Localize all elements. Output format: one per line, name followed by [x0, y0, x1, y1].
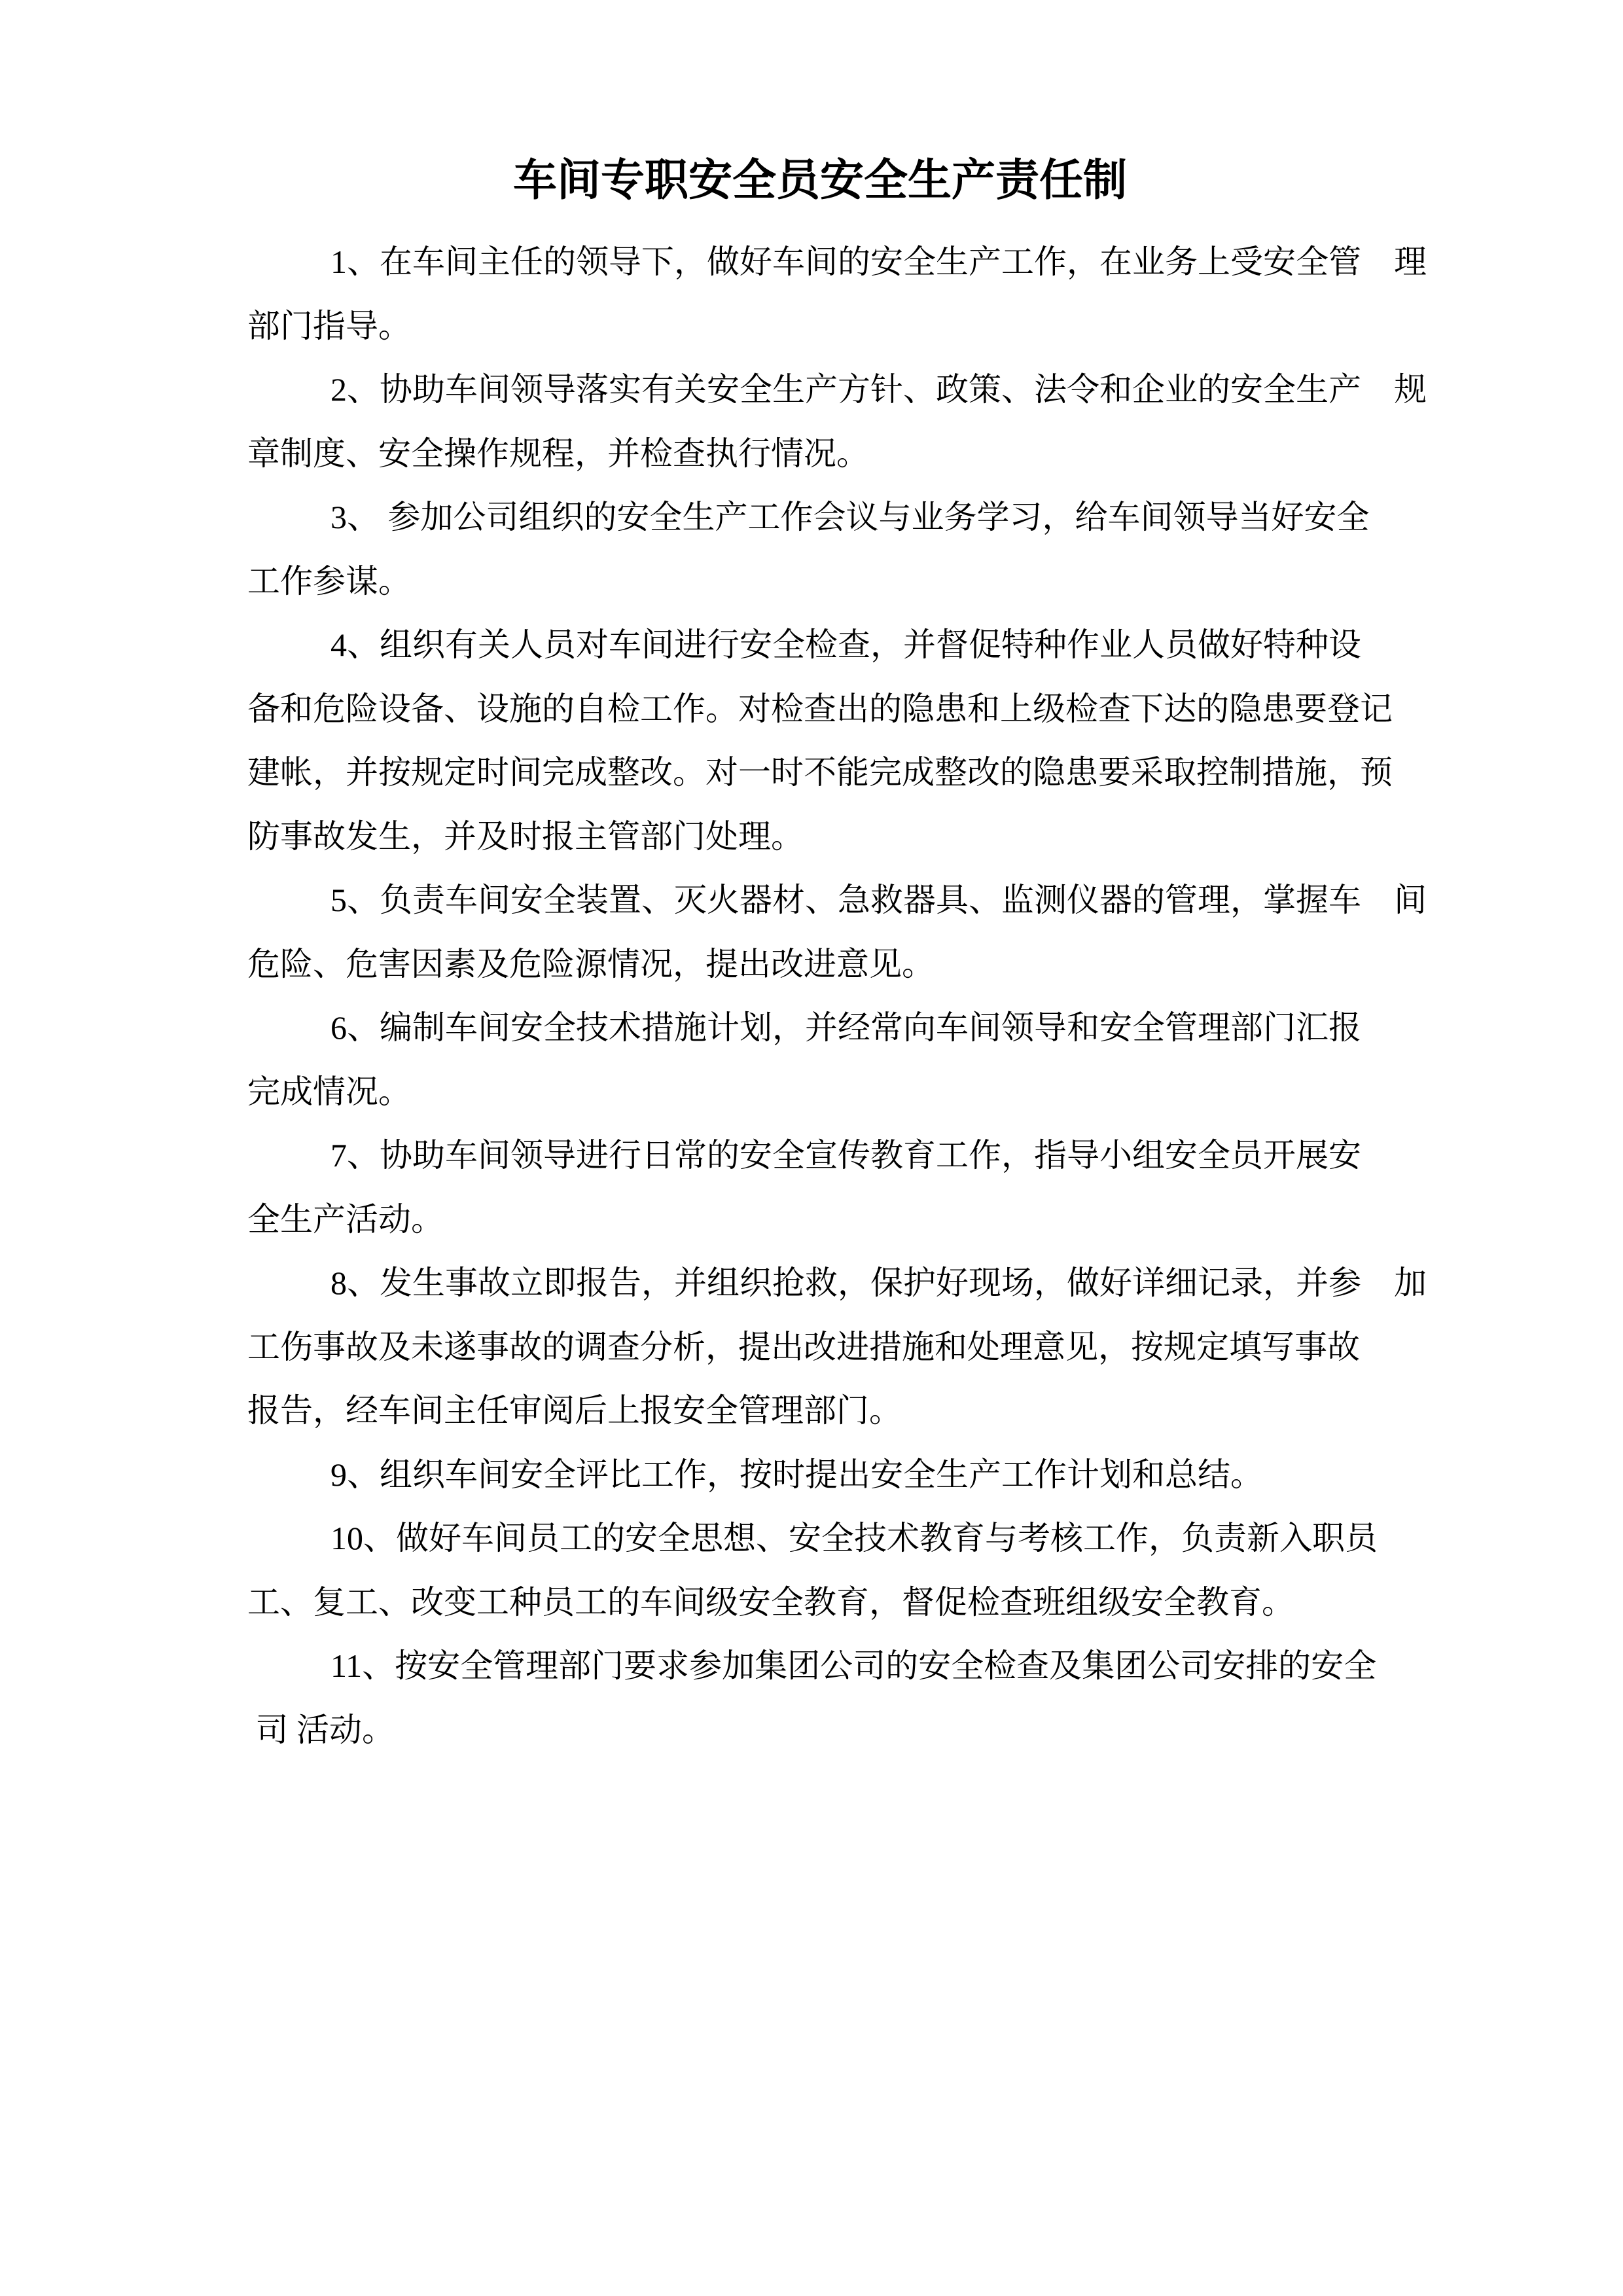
text-line: 备和危险设备、设施的自检工作。对检查出的隐患和上级检查下达的隐患要登记: [247, 677, 1393, 742]
text-line: 报告，经车间主任审阅后上报安全管理部门。: [247, 1379, 1393, 1443]
text-line: 11、按安全管理部门要求参加集团公司的安全检查及集团公司安排的安全: [247, 1634, 1393, 1698]
text-line: 工、复工、改变工种员工的车间级安全教育，督促检查班组级安全教育。: [247, 1571, 1393, 1635]
text-line: 危险、危害因素及危险源情况，提出改进意见。: [247, 933, 1393, 997]
text-line: 司 活动。: [247, 1698, 1393, 1763]
text-line: 1、在车间主任的领导下，做好车间的安全生产工作，在业务上受安全管 理: [247, 230, 1393, 295]
document-body: 1、在车间主任的领导下，做好车间的安全生产工作，在业务上受安全管 理部门指导。2…: [247, 230, 1393, 1762]
text-line: 3、 参加公司组织的安全生产工作会议与业务学习，给车间领导当好安全: [247, 486, 1393, 550]
text-line: 9、组织车间安全评比工作，按时提出安全生产工作计划和总结。: [247, 1443, 1393, 1507]
text-line: 全生产活动。: [247, 1188, 1393, 1252]
text-line: 7、协助车间领导进行日常的安全宣传教育工作，指导小组安全员开展安: [247, 1124, 1393, 1188]
text-line: 6、编制车间安全技术措施计划，并经常向车间领导和安全管理部门汇报: [247, 996, 1393, 1060]
text-line: 10、做好车间员工的安全思想、安全技术教育与考核工作，负责新入职员: [247, 1507, 1393, 1571]
document-page: 车间专职安全员安全生产责任制 1、在车间主任的领导下，做好车间的安全生产工作，在…: [0, 0, 1623, 2296]
text-line: 5、负责车间安全装置、灭火器材、急救器具、监测仪器的管理，掌握车 间: [247, 869, 1393, 933]
document-title: 车间专职安全员安全生产责任制: [247, 159, 1393, 203]
text-line: 工伤事故及未遂事故的调查分析，提出改进措施和处理意见，按规定填写事故: [247, 1316, 1393, 1380]
text-line: 工作参谋。: [247, 550, 1393, 614]
text-line: 章制度、安全操作规程，并检查执行情况。: [247, 422, 1393, 486]
text-line: 完成情况。: [247, 1060, 1393, 1124]
text-line: 2、协助车间领导落实有关安全生产方针、政策、法令和企业的安全生产 规: [247, 358, 1393, 422]
text-line: 建帐，并按规定时间完成整改。对一时不能完成整改的隐患要采取控制措施，预: [247, 741, 1393, 805]
text-line: 4、组织有关人员对车间进行安全检查，并督促特种作业人员做好特种设: [247, 613, 1393, 677]
text-line: 防事故发生，并及时报主管部门处理。: [247, 805, 1393, 869]
text-line: 8、发生事故立即报告，并组织抢救，保护好现场，做好详细记录，并参 加: [247, 1251, 1393, 1316]
text-line: 部门指导。: [247, 295, 1393, 359]
